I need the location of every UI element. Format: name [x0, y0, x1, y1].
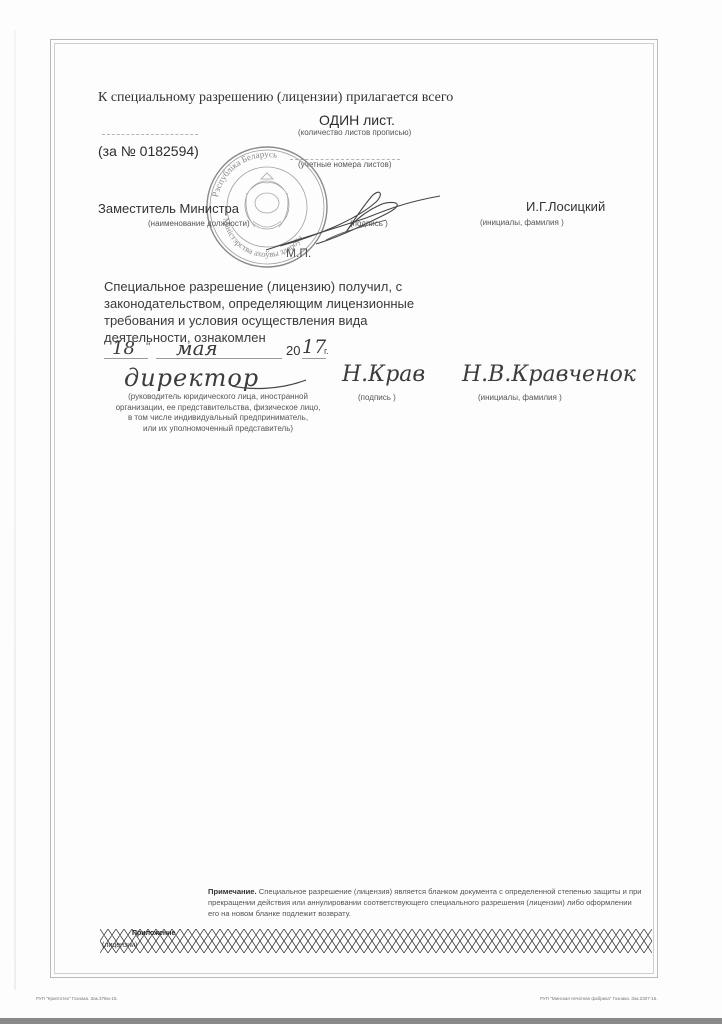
ack-line-3: требования и условия осуществления вида: [104, 312, 368, 329]
footer-printer-left: РУП "Криптотех" Гознака. Зак.378ю-15.: [36, 996, 118, 1001]
date-year-prefix: 20: [286, 343, 300, 358]
recipient-caption-line-1: (руководитель юридического лица, иностра…: [104, 392, 332, 403]
date-year-mark: г.: [324, 346, 329, 356]
document-page: К специальному разрешению (лицензии) при…: [0, 0, 722, 1018]
recipient-name-handwritten: Н.В.Кравченок: [462, 362, 636, 387]
issuer-position: Заместитель Министра: [98, 201, 239, 216]
recipient-name-caption: (инициалы, фамилия ): [478, 393, 562, 402]
recipient-signature-caption: (подпись ): [358, 393, 396, 402]
license-reference: (за № 0182594): [98, 143, 199, 159]
sheet-count: ОДИН лист.: [319, 112, 395, 128]
guilloche-label-1: Приложение: [132, 930, 175, 937]
attachment-intro: К специальному разрешению (лицензии) при…: [98, 90, 453, 106]
recipient-position-flourish-icon: [230, 374, 310, 394]
ack-line-1: Специальное разрешение (лицензию) получи…: [104, 278, 402, 295]
note-label: Примечание.: [208, 887, 257, 896]
recipient-caption-line-4: или их уполномоченный представитель): [104, 424, 332, 435]
guilloche-band-icon: [100, 929, 652, 953]
sheet-count-line-left: [102, 134, 198, 135]
issuer-name: И.Г.Лосицкий: [526, 199, 605, 214]
date-day-handwritten: 18: [112, 338, 135, 359]
recipient-caption-line-2: организации, ее представительства, физич…: [104, 403, 332, 414]
recipient-position-caption: (руководитель юридического лица, иностра…: [104, 392, 332, 434]
date-month-line: [156, 358, 282, 359]
scan-bottom-edge: [0, 1018, 722, 1024]
recipient-caption-line-3: в том числе индивидуальный предпринимате…: [104, 413, 332, 424]
issuer-signature-icon: [256, 180, 446, 260]
guilloche-label-2: (лицензии): [102, 942, 137, 949]
date-month-handwritten: мая: [176, 336, 218, 360]
ack-line-2: законодательством, определяющим лицензио…: [104, 295, 414, 312]
note-text: Специальное разрешение (лицензия) являет…: [208, 887, 642, 918]
recipient-signature-handwritten: Н.Крав: [342, 362, 425, 387]
note-block: Примечание. Специальное разрешение (лице…: [208, 886, 644, 919]
paper-edge: [14, 30, 16, 990]
footer-printer-right: РУП "Минская печатная фабрика" Гознака. …: [540, 996, 658, 1001]
date-quote-mark: ": [146, 340, 150, 354]
issuer-position-caption: (наименование должности): [148, 219, 250, 228]
issuer-name-caption: (инициалы, фамилия ): [480, 218, 564, 227]
date-year-line: [302, 358, 326, 359]
date-year-handwritten: 17: [302, 336, 326, 358]
sheet-count-caption: (количество листов прописью): [298, 128, 411, 137]
